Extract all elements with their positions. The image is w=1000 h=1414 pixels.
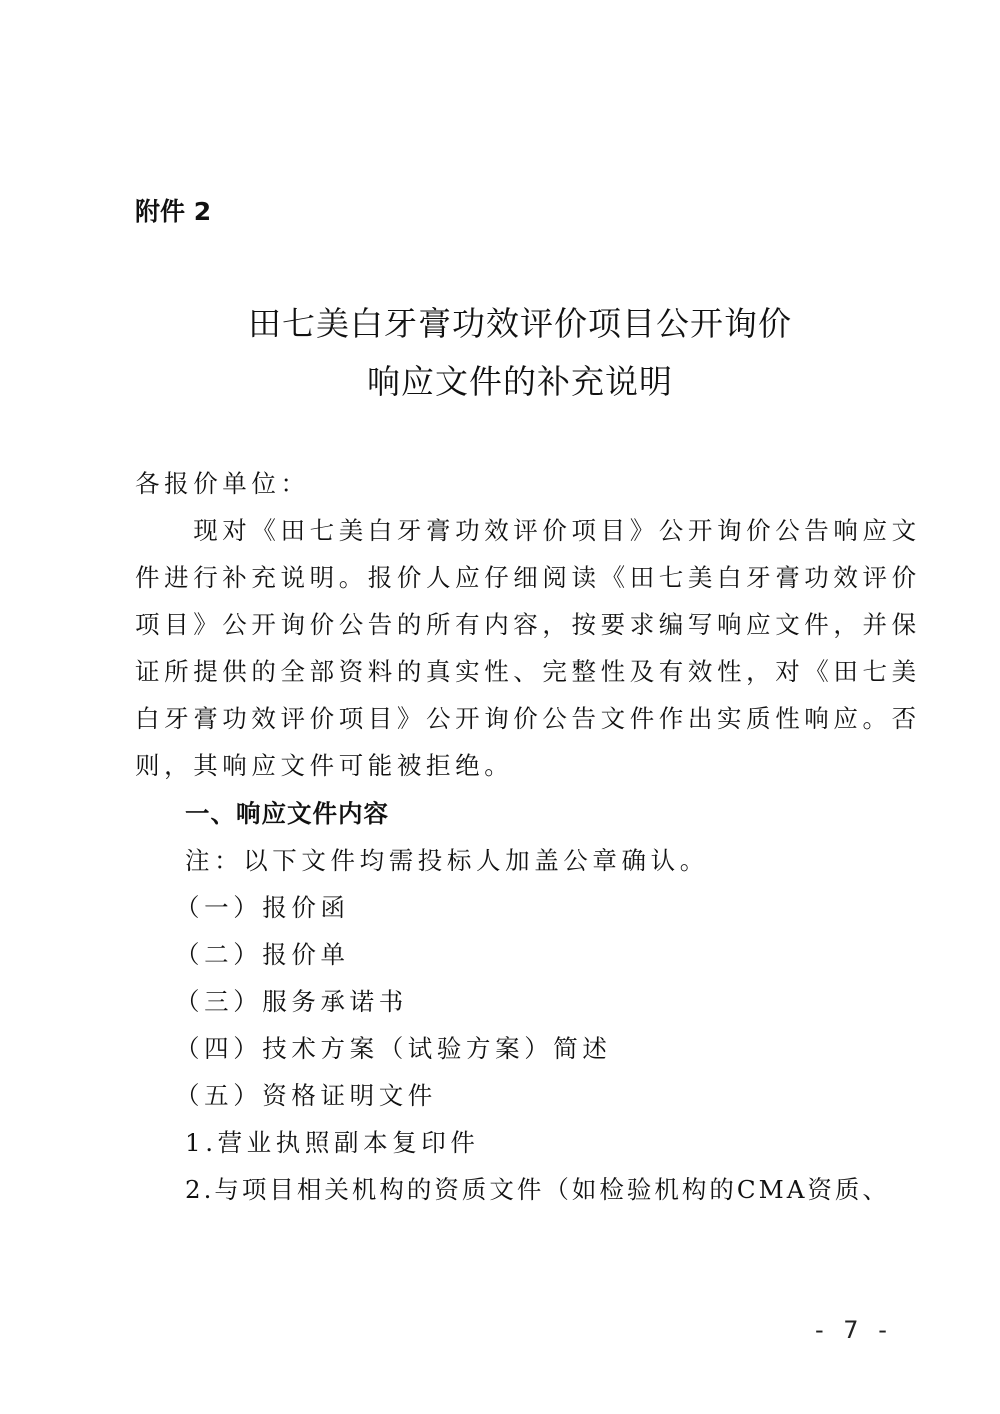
body-line: 白牙膏功效评价项目》公开询价公告文件作出实质性响应。否 bbox=[135, 700, 921, 735]
note: 注：以下文件均需投标人加盖公章确认。 bbox=[185, 842, 709, 877]
list-item: （一）报价函 bbox=[175, 889, 350, 924]
salutation: 各报价单位： bbox=[135, 465, 310, 500]
body-line: 项目》公开询价公告的所有内容，按要求编写响应文件，并保 bbox=[135, 606, 921, 641]
document-title-line-1: 田七美白牙膏功效评价项目公开询价 bbox=[0, 298, 1000, 345]
body-line: 则，其响应文件可能被拒绝。 bbox=[135, 747, 513, 782]
sub-list-item: 2.与项目相关机构的资质文件（如检验机构的CMA资质、 bbox=[185, 1171, 890, 1206]
list-item: （三）服务承诺书 bbox=[175, 983, 408, 1018]
section-heading: 一、响应文件内容 bbox=[185, 795, 389, 830]
page-number: - 7 - bbox=[815, 1316, 893, 1344]
list-item: （五）资格证明文件 bbox=[175, 1077, 437, 1112]
attachment-label: 附件 2 bbox=[135, 192, 211, 228]
body-line: 件进行补充说明。报价人应仔细阅读《田七美白牙膏功效评价 bbox=[135, 559, 921, 594]
body-line: 现对《田七美白牙膏功效评价项目》公开询价公告响应文 bbox=[135, 512, 921, 547]
body-line: 证所提供的全部资料的真实性、完整性及有效性，对《田七美 bbox=[135, 653, 921, 688]
document-title-line-2: 响应文件的补充说明 bbox=[0, 356, 1000, 403]
list-item: （四）技术方案（试验方案）简述 bbox=[175, 1030, 612, 1065]
sub-list-item: 1.营业执照副本复印件 bbox=[185, 1124, 479, 1159]
list-item: （二）报价单 bbox=[175, 936, 350, 971]
